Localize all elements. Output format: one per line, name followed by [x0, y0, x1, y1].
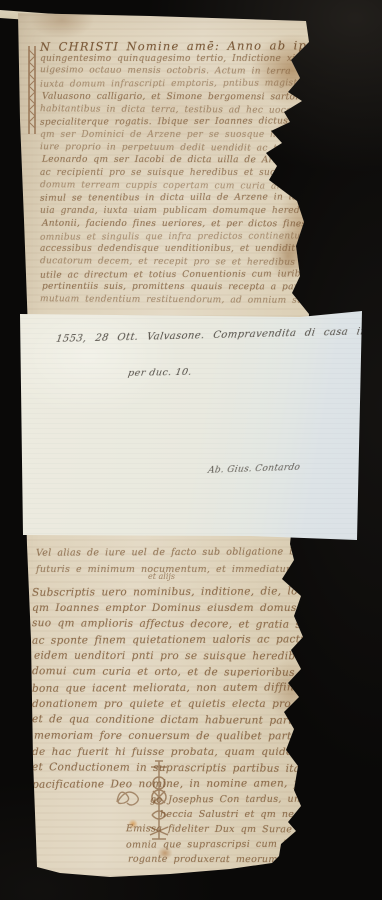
manuscript-line: et de qua conditione dictam habuerunt pa… — [32, 711, 312, 729]
manuscript-line: Antonii, faciendo fines ueriores, et per… — [42, 217, 312, 230]
paraph-flourish-icon — [114, 784, 146, 812]
manuscript-line: accessibus dedendisque uenditionibus, et… — [40, 243, 310, 256]
manuscript-line: qm Ioannes emptor Dominus eiusdem domus … — [32, 600, 312, 616]
manuscript-interline-word: et alijs — [148, 572, 175, 581]
manuscript-line: omnibus et singulis que infra predictos … — [40, 230, 310, 244]
manuscript-line: pertinentiis suis, promittens quauis rec… — [42, 281, 312, 294]
manuscript-line: N CHRISTI Nomine amē: Anno ab ipsius nat… — [40, 39, 310, 53]
manuscript-line: rogante produxerat meorum apposito signo — [128, 852, 358, 868]
manuscript-line: Leonardo qm ser Iacobi de dicta uilla de… — [42, 154, 312, 167]
manuscript-line: Valuasono calligario, et Simone bergomen… — [42, 90, 312, 103]
photo-backdrop: N CHRISTI Nomine amē: Anno ab ipsius nat… — [0, 0, 382, 900]
manuscript-line: ac recipienti pro se suisque heredibus e… — [40, 167, 310, 180]
manuscript-line: ducatorum decem, et recepit pro se et he… — [40, 255, 310, 269]
note-date-line: 1553, 28 Ott. Valvasone. Compravendita d… — [55, 325, 382, 345]
manuscript-line: Subscriptis uero nominibus, inditione, d… — [32, 583, 312, 600]
manuscript-line: donationem pro quiete et quietis electa … — [32, 696, 312, 712]
manuscript-upper-text: N CHRISTI Nomine amē: Anno ab ipsius nat… — [40, 40, 310, 307]
manuscript-line: iuxta domum infrascripti emptoris, pntib… — [40, 77, 310, 91]
manuscript-line: eidem uenditori pnti pro se suisque here… — [34, 648, 314, 665]
note-signature: Ab. Gius. Contardo — [207, 463, 301, 476]
manuscript-line: memoriam fore conuersum de qualibet part… — [34, 728, 314, 745]
manuscript-line: uia granda, iuxta uiam publicam domumque… — [40, 205, 310, 218]
manuscript-line: qm ser Dominici de Arzene per se suosque… — [40, 129, 310, 142]
manuscript-line: Vel alias de iure uel de facto sub oblig… — [36, 543, 306, 561]
manuscript-line: specialiterque rogatis. Ibique ser Ioann… — [40, 116, 310, 130]
note-price-line: per duc. 10. — [127, 367, 193, 379]
manuscript-line: domui cum curia et orto, et de superiori… — [32, 663, 312, 681]
notary-sign-icon — [142, 757, 176, 845]
manuscript-line: simul se tenentibus in dicta uilla de Ar… — [40, 192, 310, 206]
archivist-note: 1553, 28 Ott. Valvasone. Compravendita d… — [20, 308, 364, 544]
manuscript-line: ac sponte finem quietationem ualoris ac … — [32, 631, 312, 648]
manuscript-line: bona que iacent meliorata, non autem dif… — [32, 679, 312, 696]
illuminated-initial-icon — [25, 44, 39, 136]
manuscript-line: mutuam tendentium restituendorum, ad omn… — [40, 293, 310, 307]
manuscript-line: suo qm amplioris affectus decore, et gra… — [32, 615, 312, 633]
